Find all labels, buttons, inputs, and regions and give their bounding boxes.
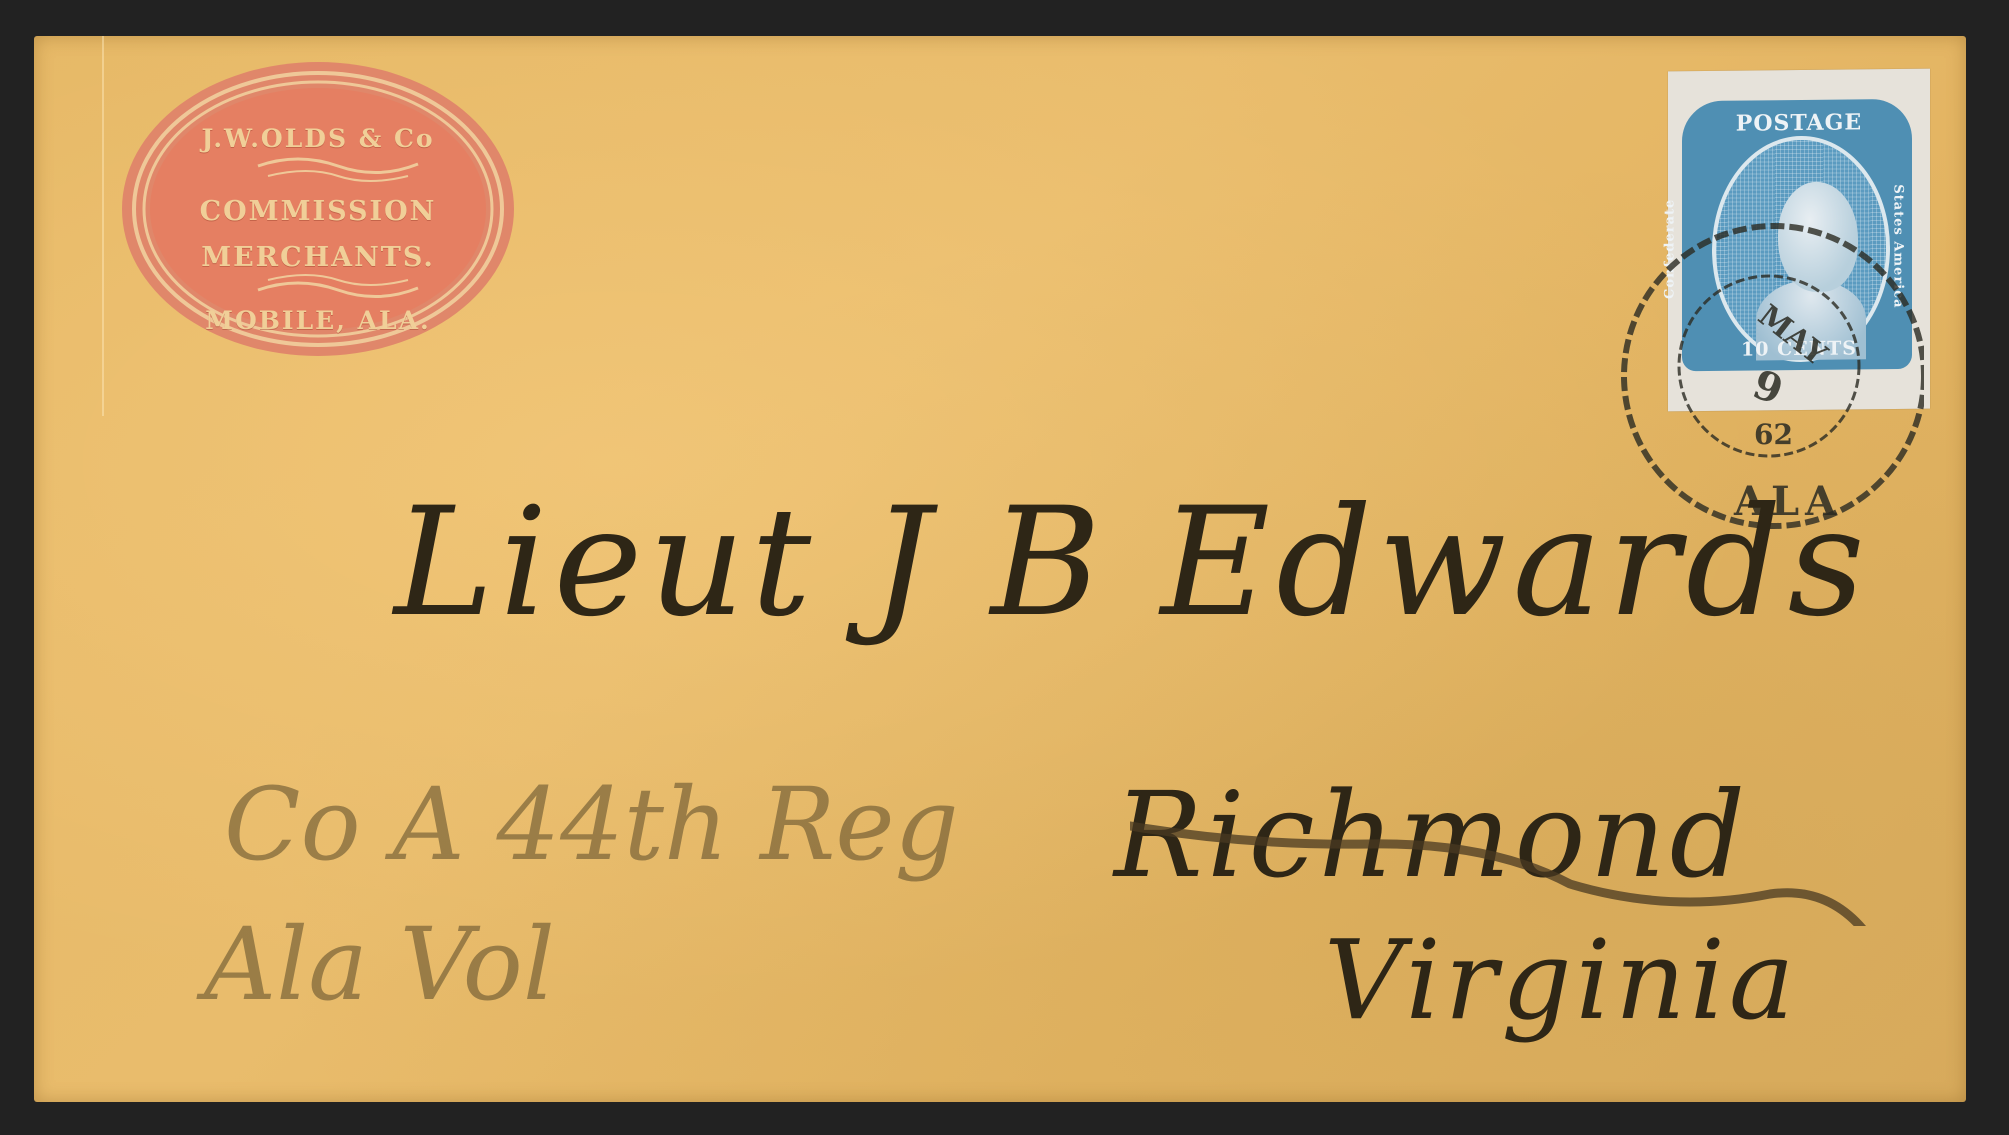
postmark-year: 62 xyxy=(1754,418,1793,451)
envelope: J.W.OLDS & Co COMMISSION MERCHANTS. MOBI… xyxy=(34,36,1966,1102)
corner-card-firm: J.W.OLDS & Co xyxy=(118,124,518,153)
corner-card-oval: J.W.OLDS & Co COMMISSION MERCHANTS. MOBI… xyxy=(118,58,518,360)
corner-card-line2: COMMISSION xyxy=(118,196,518,227)
addressee-name: Lieut J B Edwards xyxy=(394,476,1871,650)
unit-line-1: Co A 44th Reg xyxy=(224,766,959,883)
stamp-top-label: POSTAGE xyxy=(1668,109,1930,138)
crease-line xyxy=(102,36,104,416)
unit-line-2: Ala Vol xyxy=(204,906,555,1023)
strike-through-flourish-icon xyxy=(1130,816,1890,926)
corner-card-city: MOBILE, ALA. xyxy=(118,306,518,335)
state-name: Virginia xyxy=(1324,916,1798,1044)
corner-card-line3: MERCHANTS. xyxy=(118,242,518,273)
